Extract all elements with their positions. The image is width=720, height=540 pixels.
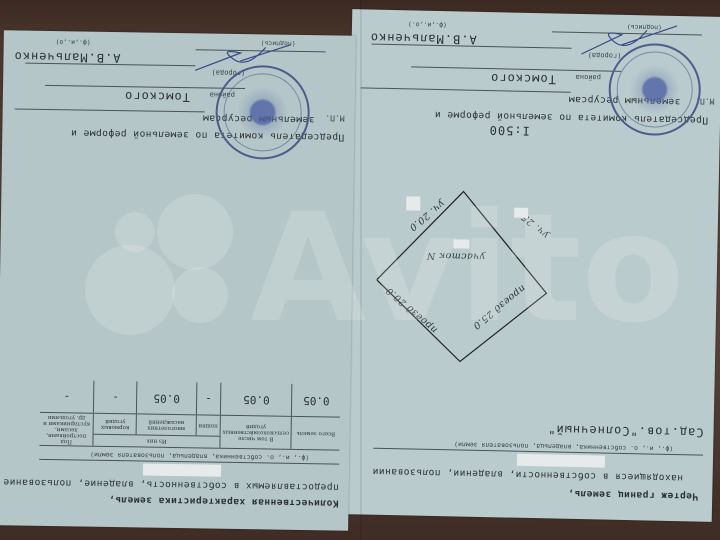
boundary-drawing-page: Чертеж границ земель, находящиеся в собс… bbox=[342, 9, 720, 522]
plot-plan bbox=[375, 165, 569, 369]
rule bbox=[45, 85, 245, 89]
value-cell: - bbox=[40, 380, 95, 413]
table-row: 0.05 0.05 - 0.05 - - bbox=[40, 380, 340, 417]
district-name: Томского bbox=[124, 89, 190, 104]
name-value: А.В.Мальченко bbox=[370, 31, 477, 47]
redacted-plot-number bbox=[453, 239, 469, 248]
subgroup-header: Из них bbox=[93, 434, 220, 448]
value-cell: 0.05 bbox=[292, 384, 341, 417]
drawing-title: Чертеж границ земель, bbox=[568, 488, 699, 502]
redacted-neighbor-1 bbox=[514, 208, 528, 218]
name-value: А.В.Мальченко bbox=[13, 49, 120, 65]
signature-scribble bbox=[571, 19, 682, 61]
owner-value: Сад.тов."Солнечный" bbox=[547, 422, 704, 439]
col-header: Под постройками, лесами, кустарниками и … bbox=[39, 412, 94, 446]
rule bbox=[361, 87, 571, 92]
table-header-row: Всего земель В том числе сельскохозяйств… bbox=[39, 433, 339, 450]
value-cell: 0.05 bbox=[220, 382, 292, 416]
district-label: района bbox=[576, 73, 601, 82]
table-title: Количественная характеристика земель, bbox=[108, 494, 338, 509]
district-name: Томского bbox=[490, 71, 556, 86]
table-subtitle: предоставляемых в собственность, владени… bbox=[3, 476, 339, 492]
value-cell: 0.05 bbox=[137, 381, 197, 414]
redacted-area bbox=[143, 464, 221, 477]
page-fold bbox=[360, 0, 362, 540]
land-characteristics-page: Количественная характеристика земель, пр… bbox=[0, 30, 356, 530]
col-header: пашни bbox=[196, 415, 221, 436]
name-label: (ф.,и.,о) bbox=[55, 38, 90, 47]
value-cell: - bbox=[94, 380, 138, 413]
scale-label: I:500 bbox=[489, 123, 530, 138]
stamp-mark: М.П. bbox=[325, 113, 344, 122]
signature-scribble bbox=[185, 38, 296, 80]
name-label: (ф.,и.,о.) bbox=[408, 20, 447, 29]
col-header: многолетних насаждений bbox=[137, 414, 196, 436]
photo-scene: Чертеж границ земель, находящиеся в собс… bbox=[0, 0, 720, 540]
col-header: кормовых угодий bbox=[94, 413, 137, 434]
rule bbox=[15, 108, 205, 112]
drawing-subtitle: находящиеся в собственности, владении, п… bbox=[343, 465, 713, 484]
value-cell: - bbox=[196, 382, 221, 415]
redacted-neighbor-2 bbox=[406, 196, 420, 210]
land-table: Всего земель В том числе сельскохозяйств… bbox=[39, 380, 340, 451]
col-header: Всего земель bbox=[291, 416, 340, 450]
redacted-area bbox=[517, 454, 605, 468]
col-header: В том числе сельскохозяйственных угодий bbox=[220, 415, 292, 449]
plot-label: участок N bbox=[426, 250, 485, 262]
